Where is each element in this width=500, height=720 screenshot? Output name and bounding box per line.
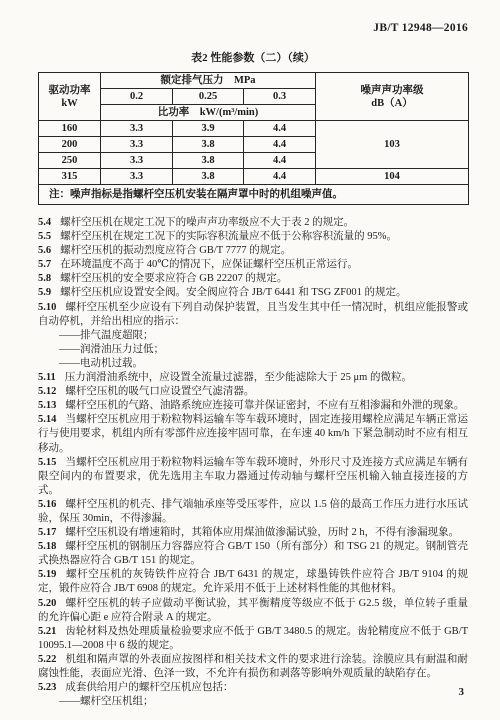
noise-cell: 103 [316, 121, 469, 169]
pressure-value-cell: 0.25 [173, 89, 244, 105]
rated-pressure-header: 额定排气压力 MPa [101, 73, 316, 89]
clause-number: 5.9 [38, 287, 51, 298]
clause-item: 5.17螺杆空压机设有增速箱时，其箱体应用煤油做渗漏试验，历时 2 h，不得有渗… [38, 526, 468, 540]
noise-level-header-line1: 噪声声功率级 [318, 84, 466, 97]
specific-power-cell: 3.3 [101, 121, 173, 137]
doc-header: JB/T 12948—2016 [38, 22, 468, 34]
power-cell: 160 [39, 121, 101, 137]
specific-power-cell: 3.3 [101, 137, 173, 153]
document-page: JB/T 12948—2016 表2 性能参数（二）（续） 驱动功率 kW 额定… [0, 0, 500, 720]
clause-number: 5.8 [38, 273, 51, 284]
clause-number: 5.22 [38, 654, 56, 665]
clause-dash-item: ——电动机过载。 [38, 357, 468, 371]
clause-number: 5.11 [38, 372, 56, 383]
specific-power-cell: 4.4 [244, 137, 316, 153]
performance-table: 驱动功率 kW 额定排气压力 MPa 噪声声功率级 dB（A） 0.2 0.25… [38, 72, 469, 205]
specific-power-cell: 3.8 [173, 137, 244, 153]
clause-item: 5.5螺杆空压机在规定工况下的实际容积流量应不低于公称容积流量的 95%。 [38, 230, 468, 244]
clause-number: 5.13 [38, 400, 56, 411]
clause-dash-item: ——排气温度超限； [38, 329, 468, 343]
clause-item: 5.12螺杆空压机的吸气口应设置空气滤清器。 [38, 385, 468, 399]
clause-number: 5.23 [38, 682, 56, 693]
clause-item: 5.15当螺杆空压机应用于粉粒物料运输车等车载环境时，外形尺寸及连接方式应满足车… [38, 456, 468, 498]
table-header-row-1: 驱动功率 kW 额定排气压力 MPa 噪声声功率级 dB（A） [39, 73, 469, 89]
clause-dash-item: ——螺杆空压机组； [38, 695, 468, 709]
clause-item: 5.14当螺杆空压机应用于粉粒物料运输车等车载环境时，固定连接用螺栓应满足车辆正… [38, 413, 468, 455]
clause-number: 5.6 [38, 245, 51, 256]
clause-item: 5.8螺杆空压机的安全要求应符合 GB 22207 的规定。 [38, 272, 468, 286]
clause-item: 5.20螺杆空压机的转子应做动平衡试验，其平衡精度等级应不低于 G2.5 级，单… [38, 597, 468, 625]
pressure-value-cell: 0.3 [244, 89, 316, 105]
clause-number: 5.20 [38, 598, 56, 609]
specific-power-cell: 4.4 [244, 153, 316, 169]
pressure-value-cell: 0.2 [101, 89, 173, 105]
power-cell: 315 [39, 169, 101, 185]
clause-item: 5.10螺杆空压机至少应设有下列自动保护装置，且当发生其中任一情况时，机组应能报… [38, 301, 468, 329]
table-note-row: 注：噪声指标是指螺杆空压机安装在隔声罩中时的机组噪声值。 [39, 185, 469, 205]
clause-number: 5.7 [38, 259, 51, 270]
clause-item: 5.4螺杆空压机在规定工况下的噪声声功率级应不大于表 2 的规定。 [38, 216, 468, 230]
driver-power-header-line1: 驱动功率 [41, 84, 98, 97]
specific-power-cell: 3.9 [173, 121, 244, 137]
clause-item: 5.18螺杆空压机的钢制压力容器应符合 GB/T 150（所有部分）和 TSG … [38, 540, 468, 568]
power-cell: 250 [39, 153, 101, 169]
clause-item: 5.22机组和隔声罩的外表面应按图样和相关技术文件的要求进行涂装。涂膜应具有耐温… [38, 653, 468, 681]
clause-number: 5.15 [38, 457, 56, 468]
noise-cell: 104 [316, 169, 469, 185]
specific-power-cell: 4.4 [244, 121, 316, 137]
clause-item: 5.19螺杆空压机的灰铸铁件应符合 JB/T 6431 的规定，球墨铸铁件应符合… [38, 568, 468, 596]
clauses-section: 5.4螺杆空压机在规定工况下的噪声声功率级应不大于表 2 的规定。5.5螺杆空压… [38, 216, 468, 709]
clause-item: 5.6螺杆空压机的振动烈度应符合 GB/T 7777 的规定。 [38, 244, 468, 258]
clause-item: 5.16螺杆空压机的机壳、排气端轴承座等受压零件，应以 1.5 倍的最高工作压力… [38, 498, 468, 526]
clause-item: 5.11压力润滑油系统中，应设置全流量过滤器，至少能滤除大于 25 μm 的微粒… [38, 371, 468, 385]
table-title: 表2 性能参数（二）（续） [38, 49, 468, 65]
noise-level-header-line2: dB（A） [318, 97, 466, 110]
power-cell: 200 [39, 137, 101, 153]
driver-power-header-line2: kW [41, 97, 98, 110]
specific-power-cell: 4.4 [244, 169, 316, 185]
specific-power-cell: 3.8 [173, 169, 244, 185]
specific-power-cell: 3.3 [101, 169, 173, 185]
clause-item: 5.9螺杆空压机应设置安全阀。安全阀应符合 JB/T 6441 和 TSG ZF… [38, 286, 468, 300]
specific-power-cell: 3.8 [173, 153, 244, 169]
clause-number: 5.12 [38, 386, 56, 397]
clause-item: 5.7在环境温度不高于 40℃的情况下，应保证螺杆空压机正常运行。 [38, 258, 468, 272]
clause-number: 5.10 [38, 302, 56, 313]
noise-level-header: 噪声声功率级 dB（A） [316, 73, 469, 121]
table-row: 1603.33.94.4103 [39, 121, 469, 137]
driver-power-header: 驱动功率 kW [39, 73, 101, 121]
clause-item: 5.23成套供给用户的螺杆空压机应包括： [38, 681, 468, 695]
page-number: 3 [459, 686, 465, 698]
specific-power-cell: 3.3 [101, 153, 173, 169]
clause-number: 5.14 [38, 414, 56, 425]
clause-item: 5.21齿轮材料及热处理质量检验要求应不低于 GB/T 3480.5 的规定。齿… [38, 625, 468, 653]
clause-number: 5.16 [38, 499, 56, 510]
specific-power-header: 比功率 kW/(m³/min) [101, 105, 316, 121]
clause-number: 5.17 [38, 527, 56, 538]
clause-number: 5.18 [38, 541, 56, 552]
clause-number: 5.5 [38, 231, 51, 242]
standard-number: JB/T 12948—2016 [373, 22, 468, 34]
clause-number: 5.19 [38, 569, 56, 580]
table-row: 3153.33.84.4104 [39, 169, 469, 185]
clause-dash-item: ——润滑油压力过低； [38, 343, 468, 357]
clause-number: 5.4 [38, 217, 51, 228]
clause-number: 5.21 [38, 626, 56, 637]
table-note: 注：噪声指标是指螺杆空压机安装在隔声罩中时的机组噪声值。 [39, 185, 469, 205]
clause-item: 5.13螺杆空压机的气路、油路系统应连接可靠并保证密封，不应有互相渗漏和外泄的现… [38, 399, 468, 413]
